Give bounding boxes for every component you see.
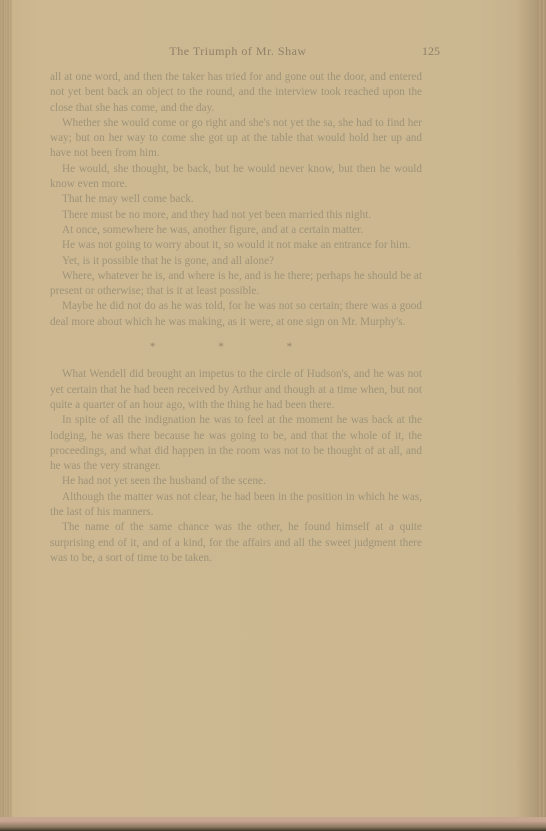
paragraph: Whether she would come or go right and s… — [50, 116, 422, 162]
body-text: all at one word, and then the taker has … — [50, 70, 422, 566]
page-binding-edge — [0, 0, 12, 831]
paragraph: Where, whatever he is, and where is he, … — [50, 269, 422, 300]
paragraph: Although the matter was not clear, he ha… — [50, 490, 422, 521]
paragraph: Yet, is it possible that he is gone, and… — [50, 254, 422, 269]
section-break: * * * — [50, 340, 422, 355]
paragraph: He was not going to worry about it, so w… — [50, 238, 422, 253]
book-page: The Triumph of Mr. Shaw 125 all at one w… — [0, 0, 546, 831]
paragraph: Maybe he did not do as he was told, for … — [50, 299, 422, 330]
page-number: 125 — [410, 44, 440, 59]
paragraph: The name of the same chance was the othe… — [50, 520, 422, 566]
paragraph: That he may well come back. — [50, 192, 422, 207]
paragraph: At once, somewhere he was, another figur… — [50, 223, 422, 238]
page-fore-edge — [536, 0, 546, 831]
paragraph: He would, she thought, be back, but he w… — [50, 162, 422, 193]
paragraph: all at one word, and then the taker has … — [50, 70, 422, 116]
paragraph: In spite of all the indignation he was t… — [50, 413, 422, 474]
running-title: The Triumph of Mr. Shaw — [48, 44, 428, 59]
paragraph: There must be no more, and they had not … — [50, 208, 422, 223]
paragraph: What Wendell did brought an impetus to t… — [50, 367, 422, 413]
page-bottom-edge — [0, 817, 546, 831]
paragraph: He had not yet seen the husband of the s… — [50, 474, 422, 489]
